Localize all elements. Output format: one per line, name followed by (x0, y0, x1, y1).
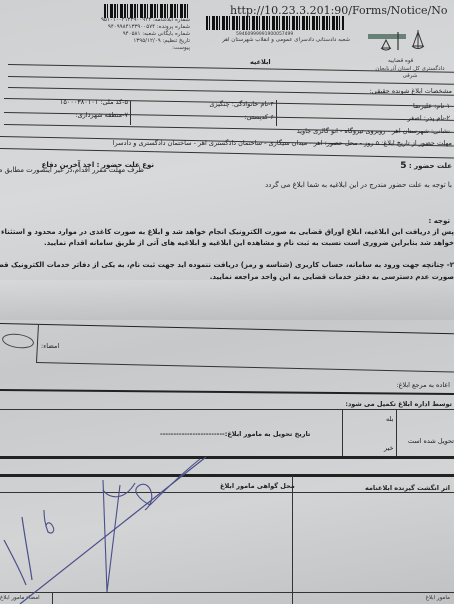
officer-cert-label: محل گواهی مامور ابلاغ (220, 482, 295, 490)
instruction-line-2: خواهد شد بنابراین ضروری است نسبت به ثبت … (44, 238, 454, 248)
instructions-heading: توجه : (428, 216, 450, 226)
appearance-reason: علت حضور : 5 (400, 161, 452, 171)
divider (0, 323, 454, 334)
recipient-municipal-district: ۷-منطقه شهرداری: (75, 111, 128, 119)
instruction-line-1: پس از دریافت این ابلاغیه، ابلاغ اوراق قض… (0, 227, 454, 237)
divider (0, 148, 454, 159)
divider (396, 410, 397, 456)
branch-name: شعبه دادستانی دادسرای عمومی و انقلاب شهر… (200, 37, 350, 44)
notice-line-1: ظرف مهلت مقرر اقدام،در غیر اینصورت مطابق… (0, 165, 144, 175)
recipient-address: نشانی: شهرستان اهر - روبروی تیروگاه - ات… (297, 127, 450, 135)
recipient-postal-code: ۶-کدپستی: (244, 113, 274, 121)
judiciary-logo-icon (364, 28, 434, 54)
recipient-first-name: ۱-نام: علیرضا (413, 102, 450, 110)
option-yes[interactable]: بله (386, 415, 393, 423)
meta-case-number: شماره پرونده: ۹۴۰۹۹۸۴۱۳۳۹۰۰۵۷۴ (95, 24, 190, 31)
notice-meta: شماره ابلاغنامه: ۹۵۱۰۱۰۰۴۱۳۳۹۰۰۹۲۳ شماره… (95, 17, 190, 52)
divider (36, 362, 454, 372)
delivery-office-label: توسط اداره ابلاغ تکمیل می شود: (345, 400, 452, 408)
appearance-details: مهلت حضور از تاریخ ابلاغ: ۵ روز - محل حض… (113, 139, 452, 147)
barcode-left (104, 4, 188, 18)
notice-document: http://10.23.3.201:90/Forms/Notice/No 59… (0, 0, 454, 604)
delivery-date-field[interactable]: تاریخ تحویل به مامور ابلاغ:-------------… (160, 430, 310, 438)
divider (276, 100, 277, 126)
org-subtitle: دادگستری کل استان آذربایجان شرقی (370, 66, 450, 80)
barcode-main (206, 16, 344, 30)
document-title: ابلاغیه (250, 58, 271, 66)
meta-attachment: پیوست: (95, 45, 190, 52)
meta-issue-date: تاریخ تنظیم: ۱۳۹۵/۱۲/۰۹ (95, 38, 190, 45)
notice-line-2: با توجه به علت حضور مندرج در این ابلاغیه… (265, 180, 452, 190)
divider (0, 409, 454, 410)
signature-scribble (1, 332, 35, 350)
divider (292, 476, 293, 604)
org-name: قوه قضاییه (388, 58, 413, 65)
divider (0, 389, 454, 395)
handwritten-mark-icon (0, 455, 220, 604)
divider (130, 101, 131, 125)
recipient-last-name: ۴-نام خانوادگی: چنگیزی (209, 100, 274, 108)
signature-label: امضاء: (41, 342, 59, 350)
meta-archive-number: شماره بایگانی شعبه: ۹۴۰۵۸۱ (95, 31, 190, 38)
instruction-line-3: ۲- چنانچه جهت ورود به سامانه، حساب کاربر… (0, 260, 454, 270)
divider (36, 324, 39, 362)
delivered-label: تحویل شده است (408, 437, 454, 445)
fingerprint-label: اثر انگشت گیرنده ابلاغنامه (365, 484, 450, 492)
officer-label: مامور ابلاغ (426, 595, 450, 602)
recipient-section-title: مشخصات ابلاغ شونده حقیقی: (380, 87, 452, 95)
option-no[interactable]: خیر (384, 444, 394, 452)
paper-fold (0, 280, 454, 320)
return-to-sender-label: اعاده به مرجع ابلاغ: (396, 381, 450, 389)
meta-notice-number: شماره ابلاغنامه: ۹۵۱۰۱۰۰۴۱۳۳۹۰۰۹۲۳ (95, 17, 190, 24)
divider (342, 410, 343, 456)
recipient-father-name: ۲-نام پدر: اصغر (408, 114, 450, 122)
divider (4, 112, 454, 121)
recipient-national-id: ۵-کد ملی: ۱۵۰۰۰۳۸۰۱۰۱ (60, 98, 128, 106)
